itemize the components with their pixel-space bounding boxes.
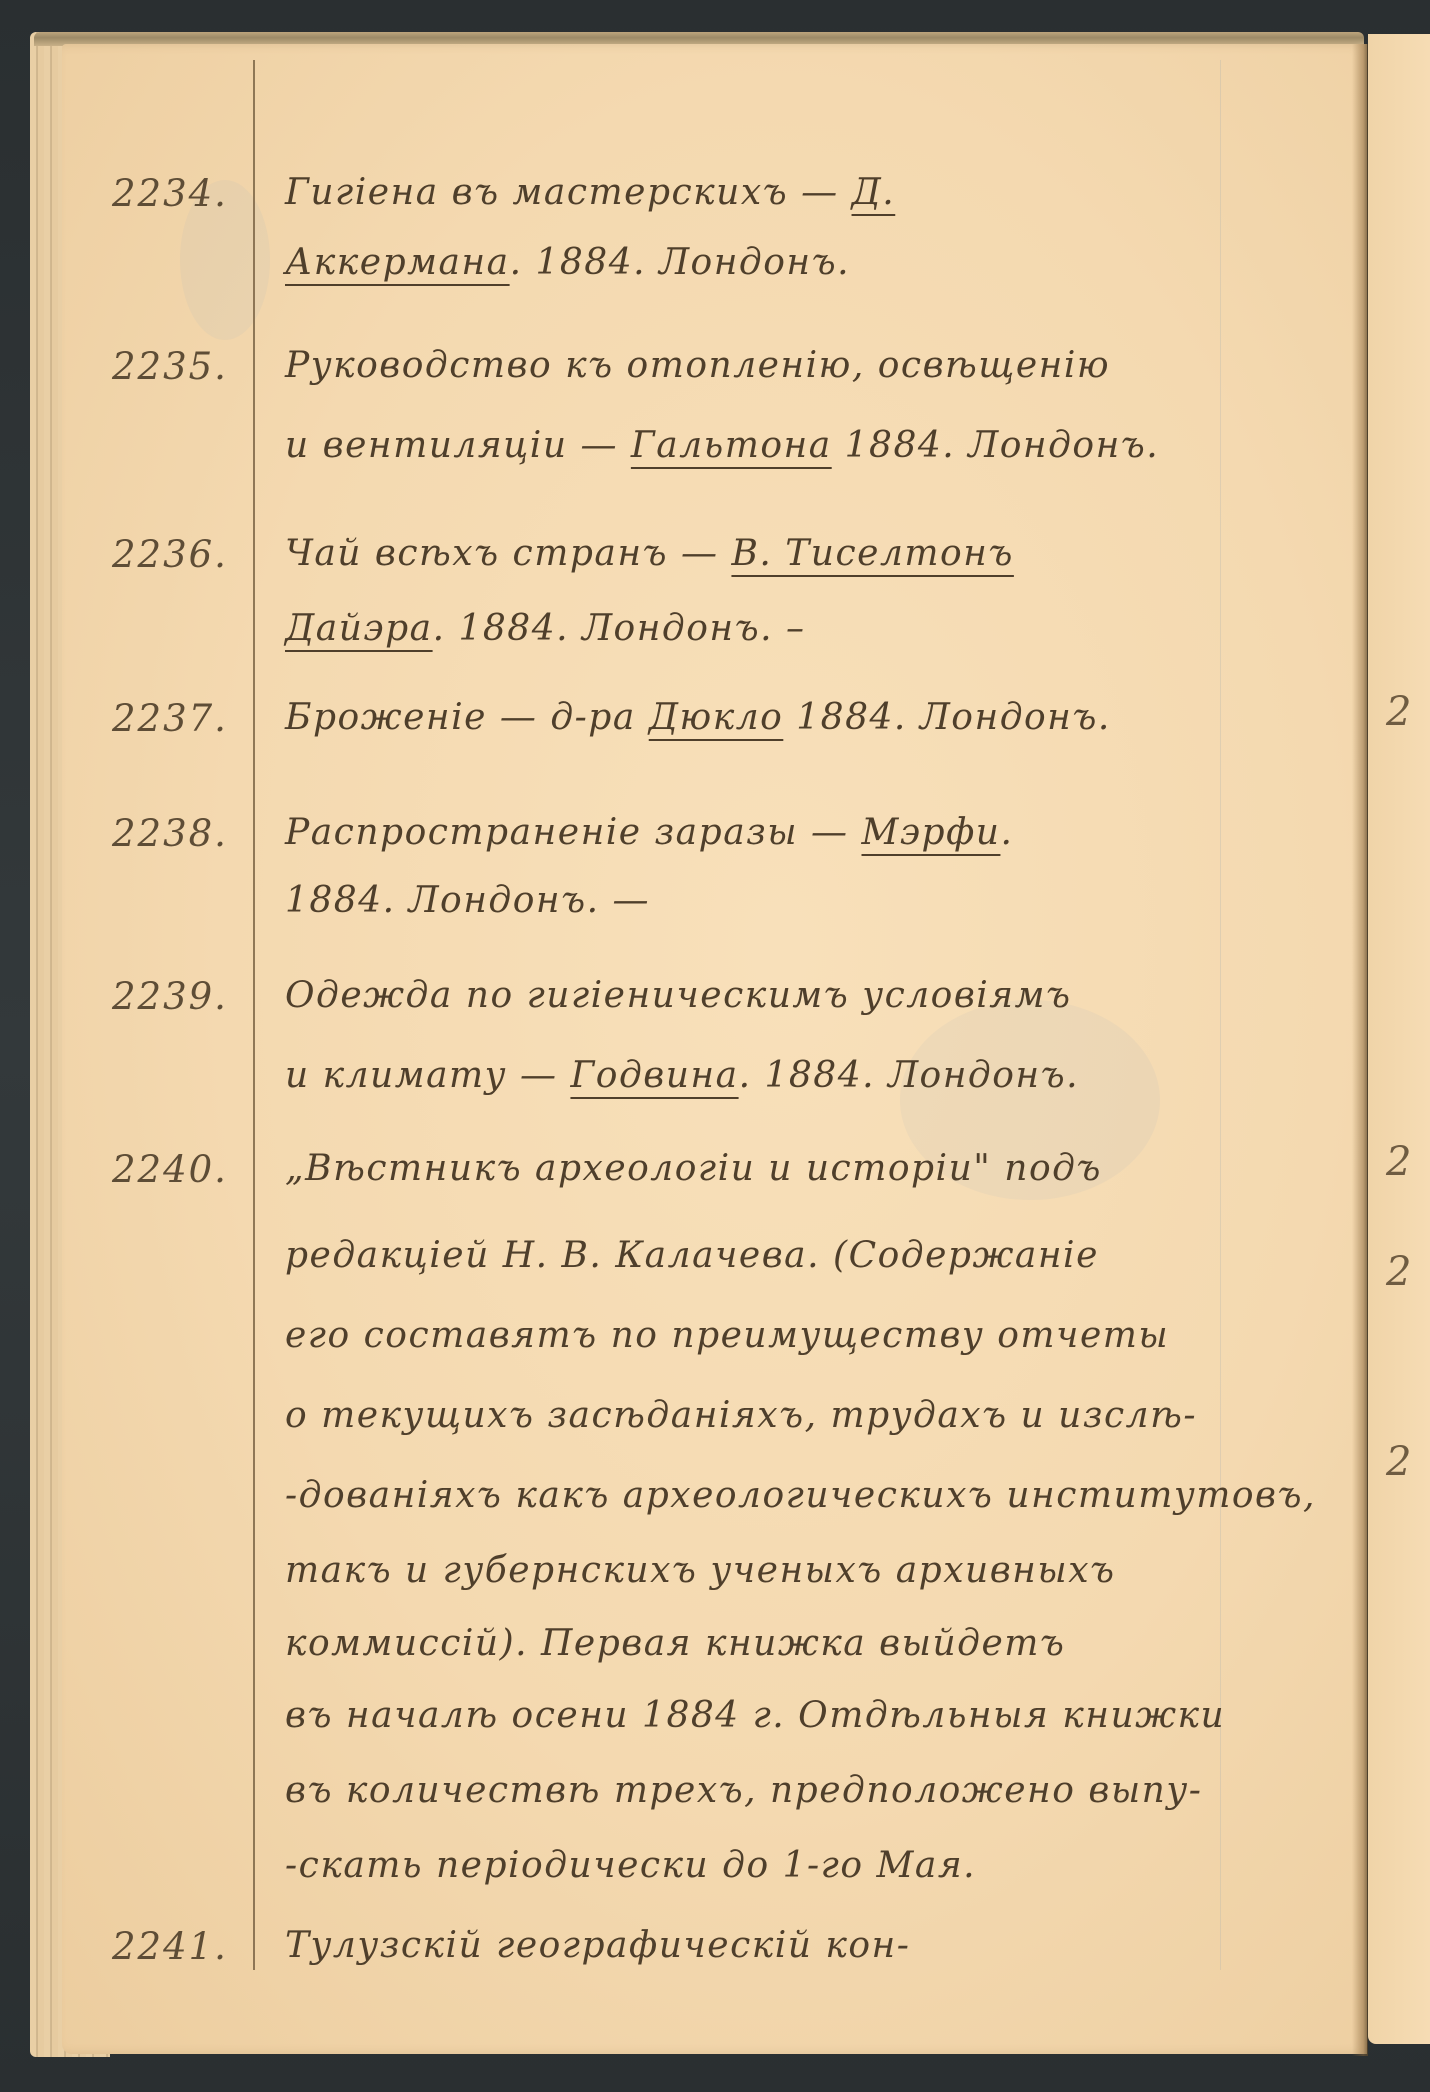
author-name: Дайэра (285, 608, 433, 649)
entry-line: редакціей Н. В. Калачева. (Содержаніе (285, 1235, 1355, 1276)
entry-number: 2237. (112, 697, 242, 740)
entry-line: 1884. Лондонъ. — (285, 880, 1355, 921)
entry-line: такъ и губернскихъ ученыхъ архивныхъ (285, 1550, 1355, 1591)
entry-number: 2234. (112, 172, 242, 215)
facing-page-number-fragment: 2 (1386, 689, 1411, 735)
facing-page-number-fragment: 2 (1386, 1249, 1411, 1295)
author-name: Аккермана (285, 242, 510, 283)
entry-number: 2235. (112, 345, 242, 388)
entry-line: Аккермана. 1884. Лондонъ. (285, 242, 1355, 283)
entry-line: Распространеніе заразы — Мэрфи. (285, 812, 1355, 853)
facing-page-number-fragment: 2 (1386, 1139, 1411, 1185)
author-name: Дюкло (649, 697, 784, 738)
entry-line: Руководство къ отопленію, освѣщенію (285, 345, 1355, 386)
entry-line: о текущихъ засѣданіяхъ, трудахъ и изслѣ- (285, 1395, 1355, 1436)
entry-number: 2236. (112, 533, 242, 576)
entry-line: Броженіе — д-ра Дюкло 1884. Лондонъ. (285, 697, 1355, 738)
entry-line: Тулузскій географическій кон- (285, 1925, 1355, 1966)
entry-line: Дайэра. 1884. Лондонъ. – (285, 608, 1355, 649)
entry-line: въ количествѣ трехъ, предположено выпу- (285, 1770, 1355, 1811)
entry-line: коммиссій). Первая книжка выйдетъ (285, 1623, 1355, 1664)
author-name: Мэрфи (862, 812, 1001, 853)
entry-number: 2239. (112, 975, 242, 1018)
facing-page-number-fragment: 2 (1386, 1439, 1411, 1485)
entry-number: 2241. (112, 1925, 242, 1968)
entry-line: и вентиляціи — Гальтона 1884. Лондонъ. (285, 425, 1355, 466)
entry-line: „Вѣстникъ археологіи и исторіи" подъ (285, 1148, 1355, 1189)
entry-line: въ началѣ осени 1884 г. Отдѣльныя книжки (285, 1695, 1355, 1736)
entry-line: -скать періодически до 1-го Мая. (285, 1845, 1355, 1886)
entry-line: его составятъ по преимуществу отчеты (285, 1315, 1355, 1356)
facing-page-edge: 2 2 2 2 (1368, 34, 1430, 2044)
author-name: Годвина (570, 1055, 738, 1096)
entry-line: Гигiена въ мастерскихъ — Д. (285, 172, 1355, 213)
margin-rule (253, 60, 255, 1970)
entry-number: 2240. (112, 1148, 242, 1191)
entry-number: 2238. (112, 812, 242, 855)
author-name: В. Тиселтонъ (731, 533, 1013, 574)
entry-line: Одежда по гигіеническимъ условіямъ (285, 975, 1355, 1016)
author-name: Д. (852, 172, 896, 213)
entry-line: и климату — Годвина. 1884. Лондонъ. (285, 1055, 1355, 1096)
entry-line: Чай всѣхъ странъ — В. Тиселтонъ (285, 533, 1355, 574)
author-name: Гальтона (631, 425, 832, 466)
entry-line: -дованіяхъ какъ археологическихъ институ… (285, 1475, 1355, 1516)
